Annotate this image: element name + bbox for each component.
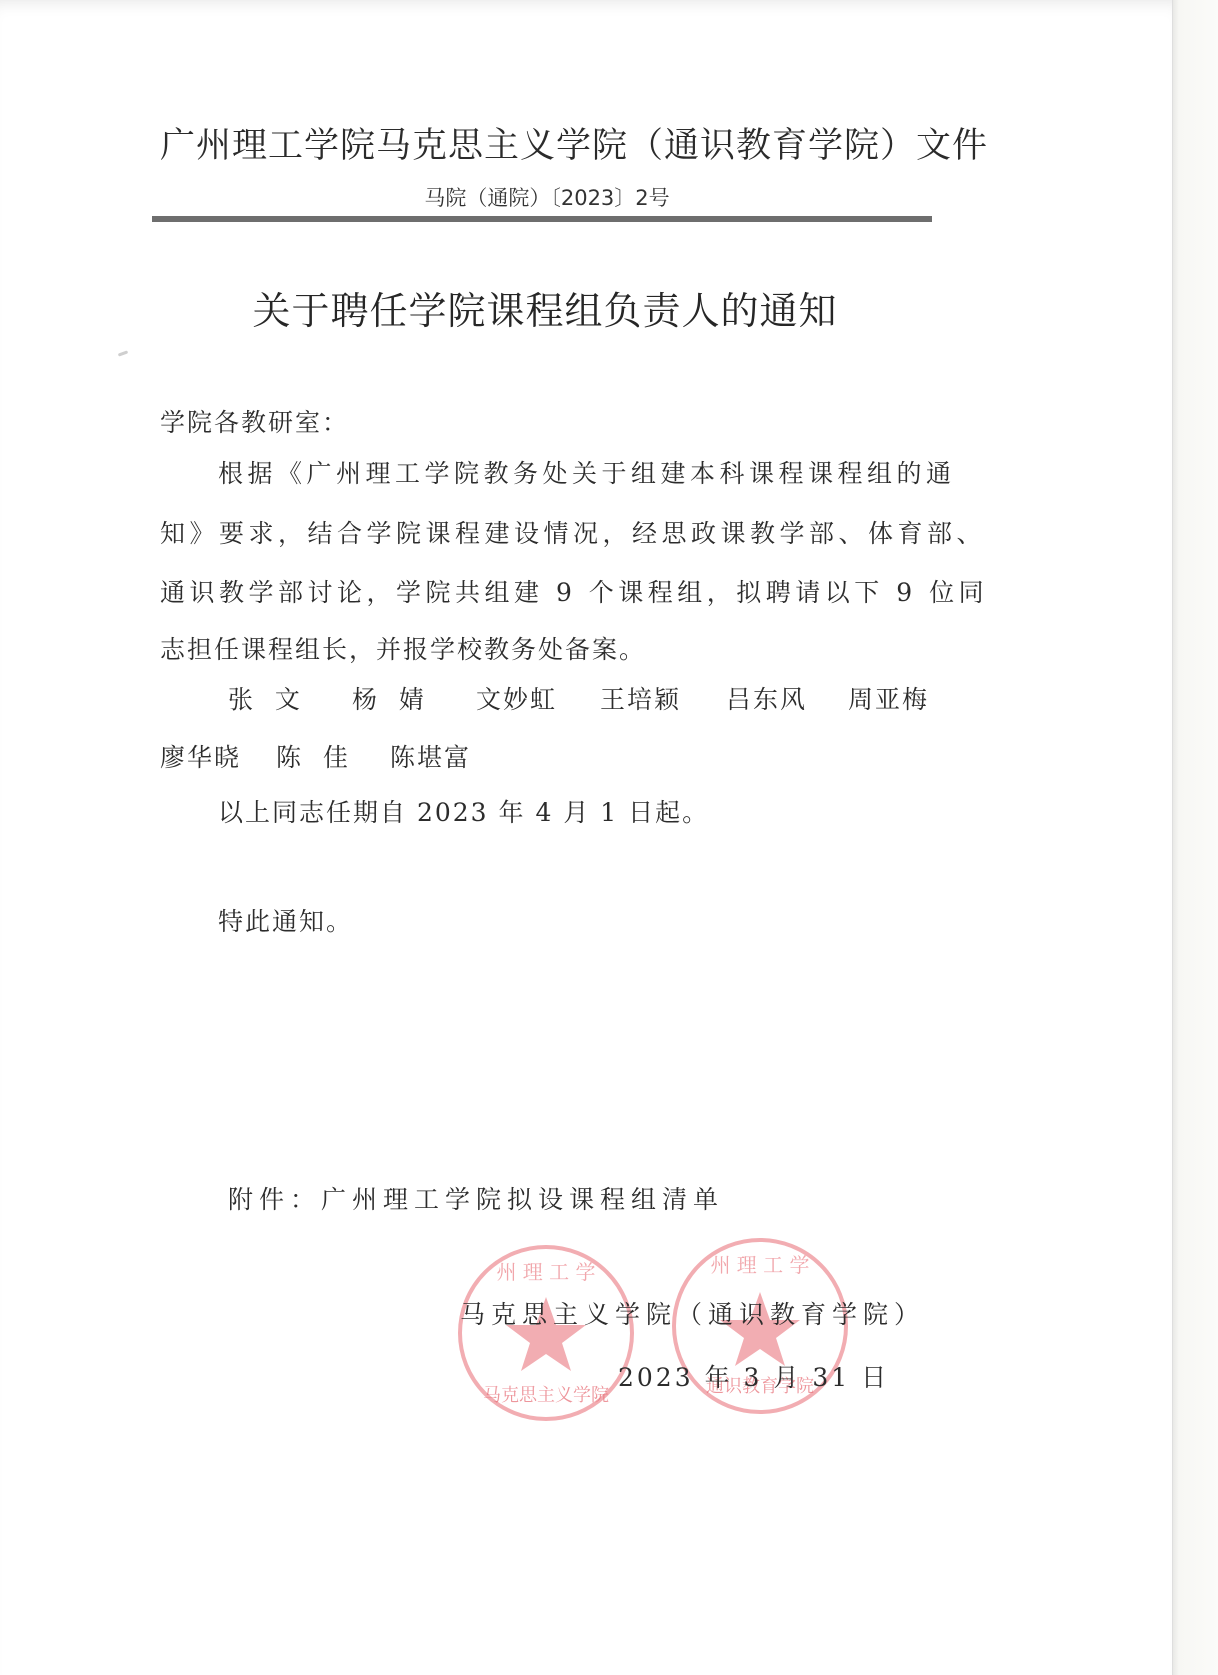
term-statement: 以上同志任期自 2023 年 4 月 1 日起。 bbox=[218, 793, 709, 829]
signature-date: 2023 年 3 月 31 日 bbox=[618, 1358, 889, 1394]
salutation: 学院各教研室： bbox=[160, 403, 349, 439]
closing-remark: 特此通知。 bbox=[218, 902, 353, 938]
body-line: 通识教学部讨论，学院共组建 9 个课程组，拟聘请以下 9 位同 bbox=[160, 573, 988, 609]
issuer-header: 广州理工学院马克思主义学院（通识教育学院）文件 bbox=[160, 118, 940, 168]
svg-text:马克思主义学院: 马克思主义学院 bbox=[483, 1385, 609, 1406]
page-edge-shadow bbox=[1172, 0, 1218, 1675]
svg-text:州 理 工 学: 州 理 工 学 bbox=[710, 1253, 809, 1277]
header-divider bbox=[152, 216, 932, 222]
appointee-name: 王培颖 bbox=[600, 680, 726, 716]
appointee-name: 文妙虹 bbox=[476, 680, 600, 716]
body-line: 根据《广州理工学院教务处关于组建本科课程课程组的通 bbox=[218, 454, 956, 490]
svg-text:州 理 工 学: 州 理 工 学 bbox=[496, 1260, 595, 1284]
appointee-name: 周亚梅 bbox=[848, 680, 929, 716]
scan-artifact bbox=[118, 350, 128, 356]
appointee-name: 张 文 bbox=[228, 680, 352, 716]
body-line: 知》要求，结合学院课程建设情况，经思政课教学部、体育部、 bbox=[160, 514, 986, 550]
document-title: 关于聘任学院课程组负责人的通知 bbox=[0, 280, 1090, 335]
appointee-name: 杨 婧 bbox=[352, 680, 476, 716]
appointee-name: 陈 佳 bbox=[276, 738, 390, 774]
appointee-name: 廖华晓 bbox=[160, 738, 276, 774]
appointee-name: 陈堪富 bbox=[390, 738, 471, 774]
official-seal: 马克思主义学院 州 理 工 学 bbox=[458, 1245, 634, 1421]
document-number: 马院（通院）〔2023〕2号 bbox=[0, 182, 1094, 212]
appointee-list-row-2: 廖华晓 陈 佳 陈堪富 bbox=[160, 738, 471, 774]
appointee-name: 吕东风 bbox=[726, 680, 848, 716]
star-icon: 马克思主义学院 州 理 工 学 bbox=[462, 1249, 630, 1417]
document-page: 广州理工学院马克思主义学院（通识教育学院）文件 马院（通院）〔2023〕2号 关… bbox=[0, 0, 1172, 1675]
attachment-note: 附件：广州理工学院拟设课程组清单 bbox=[228, 1180, 724, 1216]
body-line: 志担任课程组长，并报学校教务处备案。 bbox=[160, 630, 646, 666]
appointee-list-row-1: 张 文 杨 婧 文妙虹 王培颖 吕东风 周亚梅 bbox=[228, 680, 929, 716]
signature-organization: 马克思主义学院（通识教育学院） bbox=[460, 1295, 925, 1331]
